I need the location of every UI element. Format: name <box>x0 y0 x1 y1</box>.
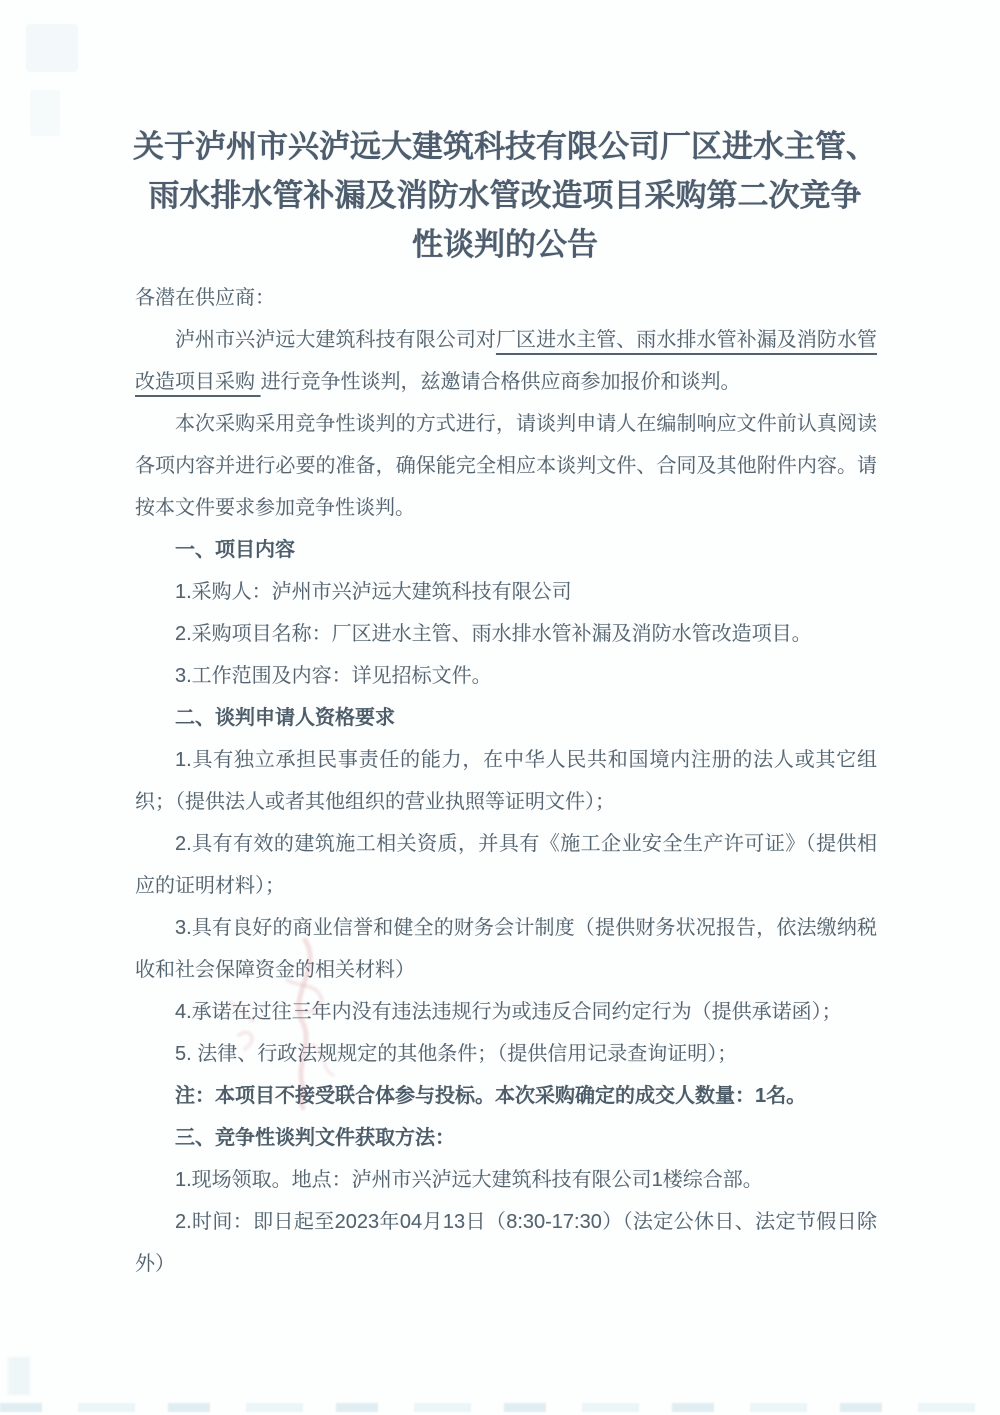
page-title: 关于泸州市兴泸远大建筑科技有限公司厂区进水主管、 雨水排水管补漏及消防水管改造项… <box>110 122 900 269</box>
section2-note: 注：本项目不接受联合体参与投标。本次采购确定的成交人数量：1名。 <box>135 1075 877 1117</box>
section1-item-2: 2.采购项目名称：厂区进水主管、雨水排水管补漏及消防水管改造项目。 <box>135 613 877 655</box>
section2-item-5: 5. 法律、行政法规规定的其他条件；（提供信用记录查询证明）； <box>135 1033 877 1075</box>
title-line-3: 性谈判的公告 <box>110 220 900 269</box>
section2-item-2: 2.具有有效的建筑施工相关资质，并具有《施工企业安全生产许可证》（提供相应的证明… <box>135 823 877 907</box>
section2-item-1: 1.具有独立承担民事责任的能力，在中华人民共和国境内注册的法人或其它组织；（提供… <box>135 739 877 823</box>
scan-smudge-top-left <box>26 24 78 72</box>
section3-item-2: 2.时间：即日起至2023年04月13日（8:30-17:30）（法定公休日、法… <box>135 1201 877 1285</box>
section1-heading: 一、项目内容 <box>135 529 877 571</box>
section2-item-3: 3.具有良好的商业信誉和健全的财务会计制度（提供财务状况报告，依法缴纳税收和社会… <box>135 907 877 991</box>
title-line-2: 雨水排水管补漏及消防水管改造项目采购第二次竞争 <box>110 171 900 220</box>
section2-heading: 二、谈判申请人资格要求 <box>135 697 877 739</box>
section1-item-1: 1.采购人：泸州市兴泸远大建筑科技有限公司 <box>135 571 877 613</box>
scan-edge-streaks <box>0 1403 1000 1412</box>
salutation: 各潜在供应商： <box>135 277 877 319</box>
section1-item-3: 3.工作范围及内容：详见招标文件。 <box>135 655 877 697</box>
section2-item-4: 4.承诺在过往三年内没有违法违规行为或违反合同约定行为（提供承诺函）； <box>135 991 877 1033</box>
section3-heading: 三、竞争性谈判文件获取方法： <box>135 1117 877 1159</box>
scanned-announcement-page: 关于泸州市兴泸远大建筑科技有限公司厂区进水主管、 雨水排水管补漏及消防水管改造项… <box>0 0 1000 1415</box>
title-line-1: 关于泸州市兴泸远大建筑科技有限公司厂区进水主管、 <box>110 122 900 171</box>
scan-smudge-top-left-2 <box>30 90 60 136</box>
intro-paragraph: 泸州市兴泸远大建筑科技有限公司对厂区进水主管、雨水排水管补漏及消防水管改造项目采… <box>135 319 877 403</box>
intro-lead: 泸州市兴泸远大建筑科技有限公司对 <box>175 329 496 351</box>
intro-tail: 进行竞争性谈判，兹邀请合格供应商参加报价和谈判。 <box>261 371 741 393</box>
document-body: 各潜在供应商： 泸州市兴泸远大建筑科技有限公司对厂区进水主管、雨水排水管补漏及消… <box>135 277 877 1285</box>
section3-item-1: 1.现场领取。地点：泸州市兴泸远大建筑科技有限公司1楼综合部。 <box>135 1159 877 1201</box>
scan-smudge-bottom-left <box>8 1357 30 1395</box>
notice-paragraph: 本次采购采用竞争性谈判的方式进行，请谈判申请人在编制响应文件前认真阅读各项内容并… <box>135 403 877 529</box>
